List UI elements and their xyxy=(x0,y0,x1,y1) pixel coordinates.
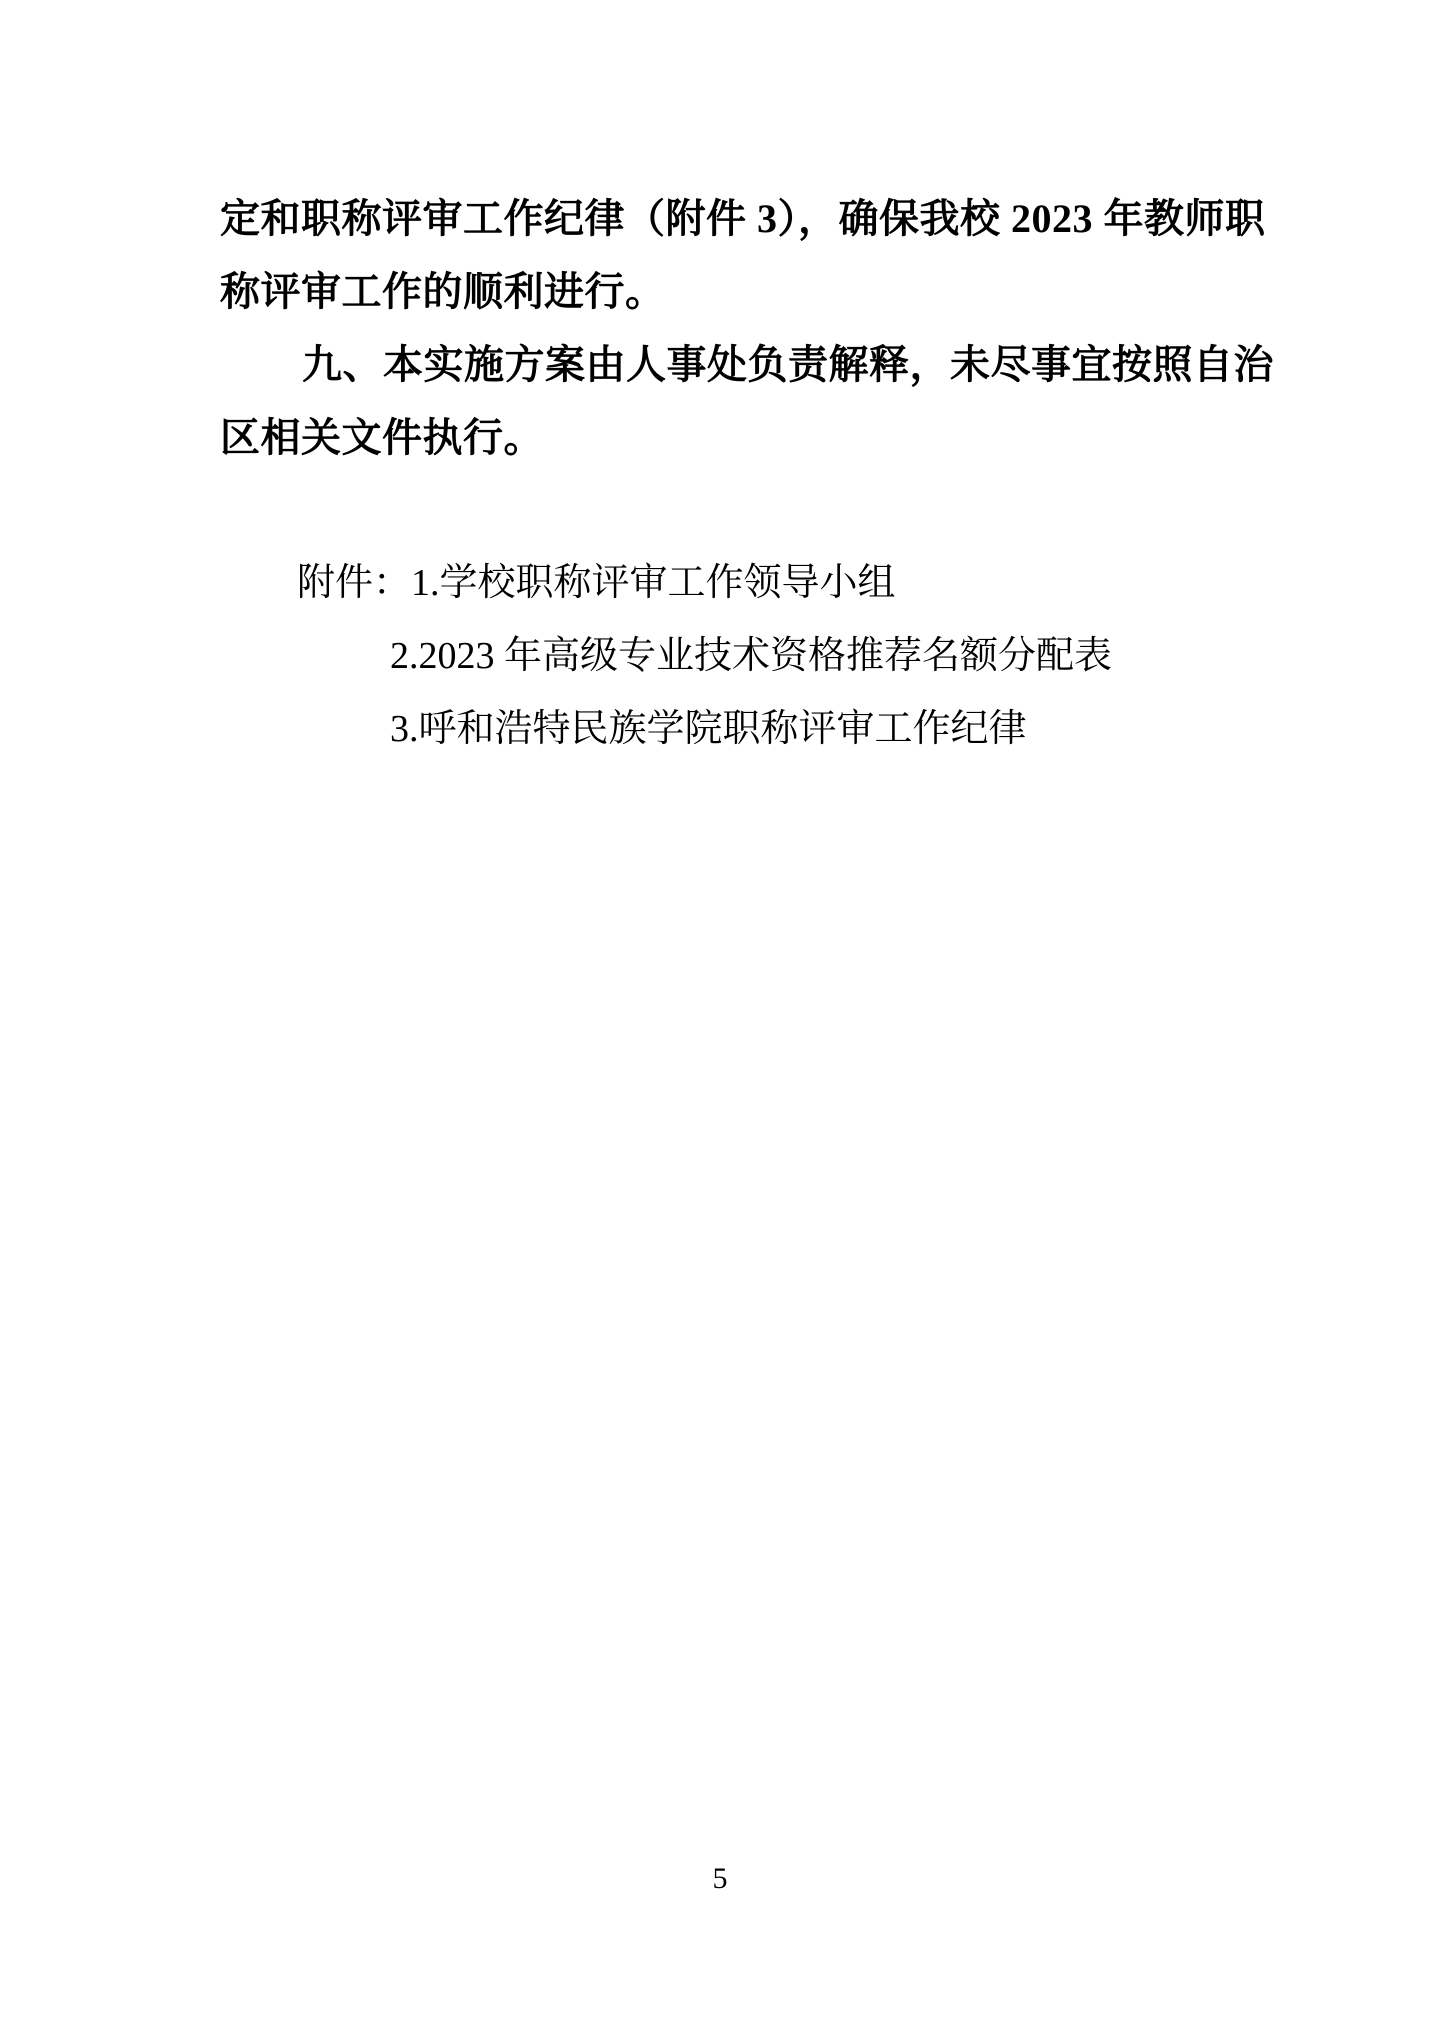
document-body: 定和职称评审工作纪律（附件 3），确保我校 2023 年教师职 称评审工作的顺利… xyxy=(220,182,1230,766)
attachment-item-2: 2.2023 年高级专业技术资格推荐名额分配表 xyxy=(390,620,1230,693)
paragraph1-line1: 定和职称评审工作纪律（附件 3），确保我校 2023 年教师职 xyxy=(220,182,1230,255)
attachment-item-1: 1.学校职称评审工作领导小组 xyxy=(411,562,896,604)
document-page: 定和职称评审工作纪律（附件 3），确保我校 2023 年教师职 称评审工作的顺利… xyxy=(0,0,1440,2037)
attachments-label: 附件： xyxy=(297,562,411,604)
blank-line xyxy=(220,474,1230,547)
attachments-block: 附件：1.学校职称评审工作领导小组 2.2023 年高级专业技术资格推荐名额分配… xyxy=(220,547,1230,766)
paragraph1-line2: 称评审工作的顺利进行。 xyxy=(220,255,1230,328)
paragraph2-line1: 九、本实施方案由人事处负责解释，未尽事宜按照自治 xyxy=(220,328,1230,401)
attachment-item-3: 3.呼和浩特民族学院职称评审工作纪律 xyxy=(390,693,1230,766)
attachments-line1: 附件：1.学校职称评审工作领导小组 xyxy=(297,547,1230,620)
page-number: 5 xyxy=(0,1861,1440,1897)
paragraph2-line2: 区相关文件执行。 xyxy=(220,401,1230,474)
